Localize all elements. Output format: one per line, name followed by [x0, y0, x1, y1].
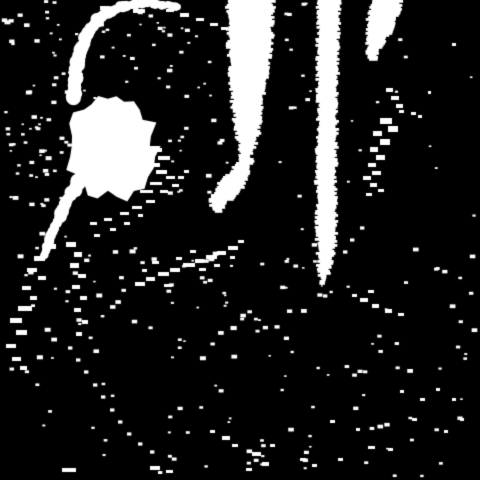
binarized-photo-canvas — [0, 0, 480, 480]
binarized-photo — [0, 0, 480, 480]
